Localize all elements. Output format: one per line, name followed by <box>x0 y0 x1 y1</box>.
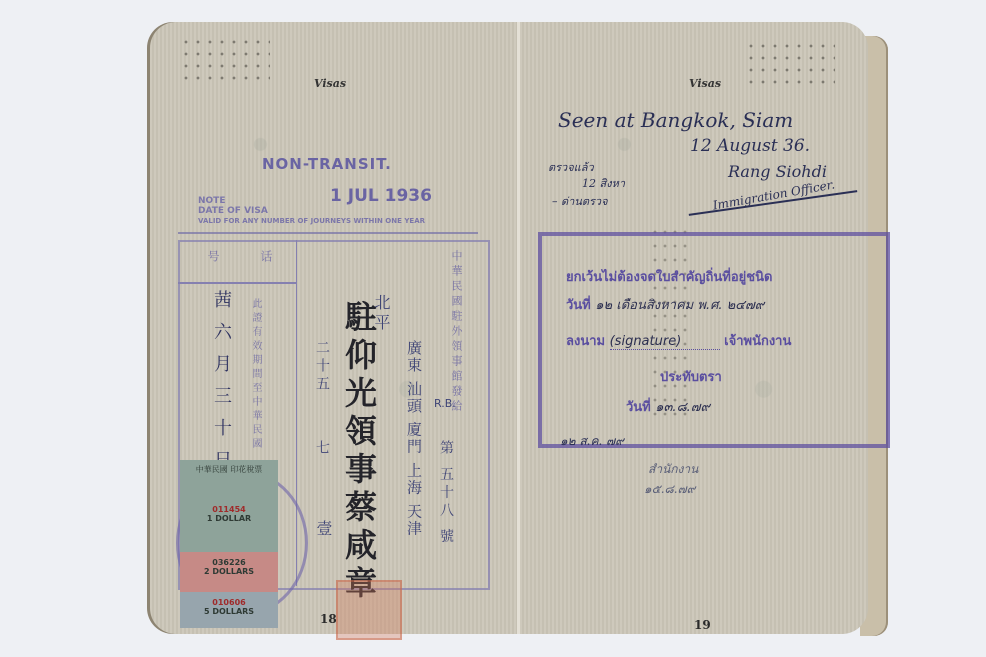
valid-day: 月三十 <box>211 354 232 450</box>
non-transit-stamp: NON-TRANSIT. <box>262 155 392 173</box>
date-value: ๑๒ เดือนสิงหาคม พ.ศ. ๒๔๗๙ <box>595 298 764 313</box>
thai-note-3: – ด่านตรวจ <box>552 192 608 210</box>
initials: R.B. <box>434 395 456 413</box>
valid-month: 六 <box>211 322 232 354</box>
revenue-stamp-heading: 中華民國 印花稅票 <box>180 460 278 475</box>
revenue-stamp-1-dollar: 中華民國 印花稅票 011454 1 DOLLAR <box>180 460 278 552</box>
thai-stamp-line-4: ประทับตรา <box>660 366 722 387</box>
endorsement-line-1: Seen at Bangkok, Siam <box>558 108 793 132</box>
form-header-1: 号 <box>205 250 222 266</box>
thai-stamp-line-1: ยกเว้นไม่ต้องจดใบสำคัญถิ่นที่อยู่ชนิด <box>566 266 772 287</box>
stamp-unit: DOLLARS <box>212 567 254 576</box>
day-handwritten: 壹 <box>312 520 335 540</box>
form-printed-left: 此證有效期間至中華民國 <box>248 298 263 452</box>
destinations: 廣東 汕頭 廈門 上海 天津 <box>404 340 425 537</box>
visa-note: NOTE DATE OF VISA VALID FOR ANY NUMBER O… <box>198 196 425 226</box>
stamp-unit: DOLLARS <box>212 607 254 616</box>
note-line: VALID FOR ANY NUMBER OF JOURNEYS WITHIN … <box>198 216 425 226</box>
thai-handwritten-below-1: ๑๒ ส.ค. ๗๙ <box>560 432 624 451</box>
visa-number: 第 五十八 號 <box>436 440 456 547</box>
page-number-right: 19 <box>694 618 711 632</box>
stamp-value: 5 <box>204 607 210 616</box>
thai-note-2: 12 สิงหา <box>582 174 625 192</box>
form-header-2: 话 <box>258 250 275 266</box>
stamp-unit: DOLLAR <box>215 514 251 523</box>
stamp-underline <box>178 232 478 234</box>
thai-stamp-line-5: วันที่ ๑๓.๘.๗๙ <box>626 396 710 417</box>
form-header-divider <box>178 282 296 284</box>
stamp-value: 2 <box>204 567 210 576</box>
page-number-left: 18 <box>320 612 337 626</box>
note-line: NOTE <box>198 196 425 206</box>
thai-stamp-line-2: วันที่ ๑๒ เดือนสิงหาคม พ.ศ. ๒๔๗๙ <box>566 294 764 315</box>
serial: 036226 <box>180 552 278 567</box>
revenue-stamp-2-dollars: 036226 2 DOLLARS <box>180 552 278 592</box>
stamp-date-label: วันที่ <box>626 400 651 415</box>
endorsement-line-2: 12 August 36. <box>690 136 810 156</box>
form-printed-right: 中華民國駐外領事館發給 <box>448 250 464 415</box>
perforation-left <box>180 36 270 86</box>
thai-handwritten-below-3: ๑๕.๘.๗๙ <box>644 480 695 499</box>
endorsement-signature: Rang Siohdi <box>728 162 827 181</box>
red-chop-seal <box>336 580 402 640</box>
perforation-right <box>745 40 835 90</box>
serial: 010606 <box>180 592 278 607</box>
revenue-stamp-5-dollars: 010606 5 DOLLARS <box>180 592 278 628</box>
consul-signature: 駐仰光領事蔡咸章 <box>336 300 382 604</box>
book-spine <box>517 22 520 634</box>
note-line: DATE OF VISA <box>198 206 425 216</box>
right-page-header: Visas <box>689 77 721 90</box>
stamp-value: 1 <box>207 514 213 523</box>
officer-label: เจ้าพนักงาน <box>724 334 791 349</box>
year-handwritten: 二十五 <box>312 340 332 394</box>
revenue-stamps: 中華民國 印花稅票 011454 1 DOLLAR 036226 2 DOLLA… <box>180 460 278 628</box>
stamp-date-value: ๑๓.๘.๗๙ <box>655 400 710 415</box>
valid-year: 茜 <box>211 290 232 322</box>
month-handwritten: 七 <box>312 440 332 458</box>
date-label: วันที่ <box>566 298 591 313</box>
left-page-header: Visas <box>314 77 346 90</box>
signed-value: (signature) <box>610 334 720 350</box>
thai-stamp-line-3: ลงนาม (signature) เจ้าพนักงาน <box>566 330 791 351</box>
serial: 011454 <box>180 505 278 514</box>
signed-label: ลงนาม <box>566 334 605 349</box>
thai-handwritten-below-2: สำนักงาน <box>648 460 698 479</box>
